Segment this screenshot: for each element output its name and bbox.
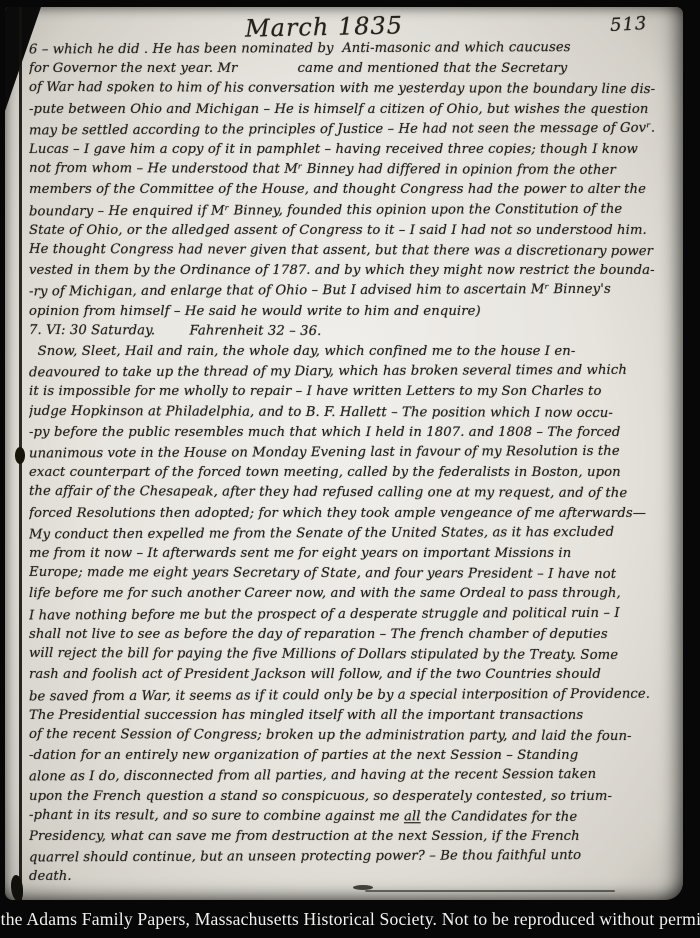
manuscript-line: Europe; made me eight years Secretary of…: [29, 563, 669, 585]
manuscript-line: for Governor the next year. Mr came and …: [29, 59, 669, 79]
binding-clasp-mark: [15, 447, 25, 464]
manuscript-line: -phant in its result, and so sure to com…: [29, 806, 669, 828]
manuscript-line: boundary – He enquired if Mʳ Binney, fou…: [29, 199, 669, 222]
manuscript-line: 7. VI: 30 Saturday. Fahrenheit 32 – 36.: [29, 321, 669, 343]
manuscript-line: members of the Committee of the House, a…: [29, 180, 669, 200]
manuscript-line: unanimous vote in the House on Monday Ev…: [29, 442, 669, 465]
manuscript-line: shall not live to see as before the day …: [29, 625, 669, 645]
manuscript-line: Presidency, what can save me from destru…: [29, 827, 669, 847]
manuscript-line: forced Resolutions then adopted; for whi…: [29, 504, 669, 524]
manuscript-line: me from it now – It afterwards sent me f…: [29, 544, 669, 564]
page-number: 513: [609, 13, 647, 36]
manuscript-text: 6 – which he did . He has been nominated…: [29, 39, 669, 888]
manuscript-line: rash and foolish act of President Jackso…: [29, 665, 669, 685]
manuscript-line: opinion from himself – He said he would …: [29, 302, 669, 322]
manuscript-line: My conduct then expelled me from the Sen…: [29, 522, 669, 545]
caption-text: From the Adams Family Papers, Massachuse…: [0, 909, 700, 930]
manuscript-line: life before me for such another Career n…: [29, 584, 669, 604]
manuscript-line: will reject the bill for paying the five…: [29, 644, 669, 666]
scanned-page: March 1835 513 6 – which he did . He has…: [5, 7, 683, 900]
manuscript-line: Snow, Sleet, Hail and rain, the whole da…: [29, 342, 669, 362]
manuscript-line: upon the French question a stand so cons…: [29, 787, 669, 807]
manuscript-line: it is impossible for me wholly to repair…: [29, 382, 669, 402]
page-bottom-shadow: [365, 890, 615, 892]
manuscript-line: He thought Congress had never given that…: [29, 240, 669, 262]
manuscript-line: of the recent Session of Congress; broke…: [29, 725, 669, 747]
caption-bar: From the Adams Family Papers, Massachuse…: [0, 900, 700, 938]
manuscript-line: alone as I do, disconnected from all par…: [29, 765, 669, 788]
manuscript-line: vested in them by the Ordinance of 1787.…: [29, 261, 669, 281]
manuscript-line: -pute between Ohio and Michigan – He is …: [29, 100, 669, 120]
manuscript-line: death.: [29, 867, 669, 887]
manuscript-line: not from whom – He understood that Mʳ Bi…: [29, 159, 669, 181]
manuscript-line: exact counterpart of the forced town mee…: [29, 463, 669, 483]
manuscript-line: judge Hopkinson at Philadelphia, and to …: [29, 402, 669, 424]
manuscript-line: of War had spoken to him of his conversa…: [29, 78, 669, 100]
manuscript-line: deavoured to take up the thread of my Di…: [29, 361, 669, 384]
manuscript-line: 6 – which he did . He has been nominated…: [29, 38, 669, 61]
manuscript-line: -dation for an entirely new organization…: [29, 746, 669, 766]
manuscript-line: may be settled according to the principl…: [29, 118, 669, 141]
manuscript-line: State of Ohio, or the alledged assent of…: [29, 221, 669, 241]
manuscript-line: The Presidential succession has mingled …: [29, 706, 669, 726]
manuscript-line: I have nothing before me but the prospec…: [29, 603, 669, 626]
manuscript-line: quarrel should continue, but an unseen p…: [29, 846, 669, 869]
manuscript-line: -ry of Michigan, and enlarge that of Ohi…: [29, 280, 669, 303]
manuscript-line: be saved from a War, it seems as if it c…: [29, 684, 669, 707]
manuscript-line: Lucas – I gave him a copy of it in pamph…: [29, 140, 669, 160]
manuscript-line: -py before the public resembles much tha…: [29, 423, 669, 443]
manuscript-line: the affair of the Chesapeak, after they …: [29, 482, 669, 504]
